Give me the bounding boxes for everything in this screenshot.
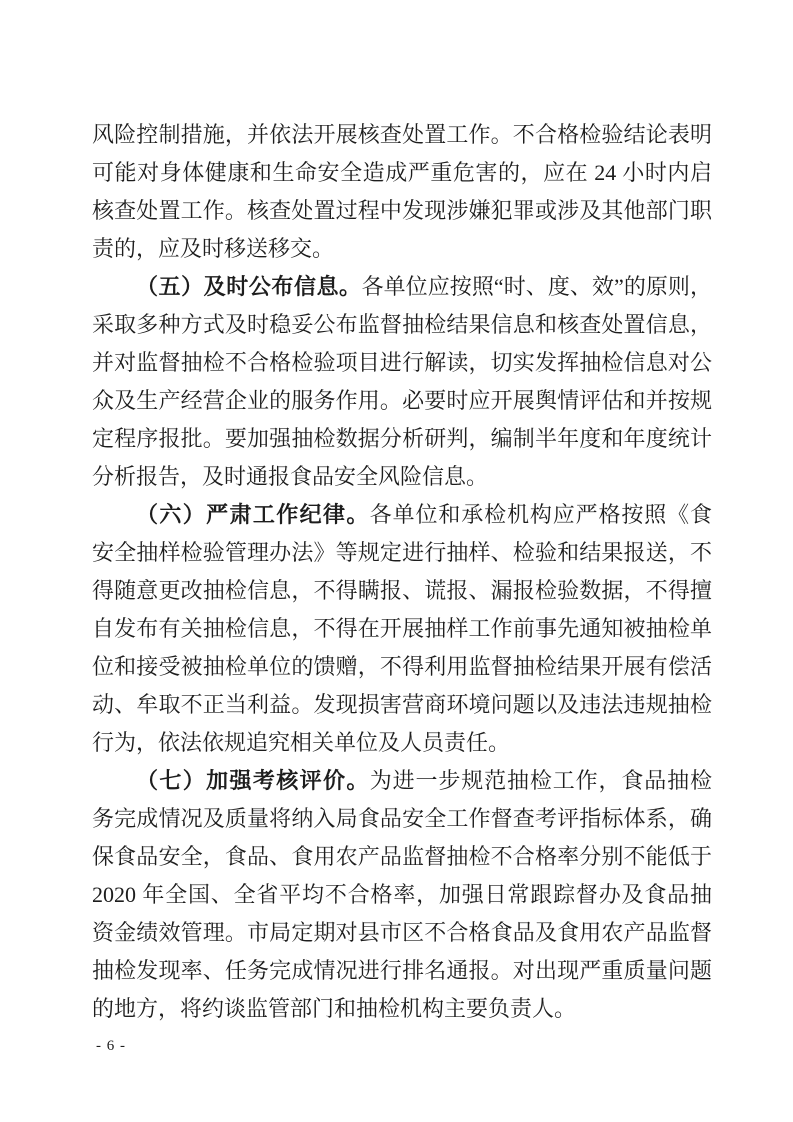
line-text: 行为，依法依规追究相关单位及人员责任。 bbox=[92, 730, 510, 755]
text-line: 自发布有关抽检信息，不得在开展抽样工作前事先通知被抽检单 bbox=[92, 610, 712, 648]
paragraph: （七）加强考核评价。为进一步规范抽检工作，食品抽检任务完成情况及质量将纳入局食品… bbox=[92, 762, 712, 1028]
text-line: 的地方，将约谈监管部门和抽检机构主要负责人。 bbox=[92, 990, 712, 1028]
text-line: 定程序报批。要加强抽检数据分析研判，编制半年度和年度统计 bbox=[92, 420, 712, 458]
line-text: 众及生产经营企业的服务作用。必要时应开展舆情评估和并按规 bbox=[92, 388, 712, 413]
section-heading: （七）加强考核评价。 bbox=[136, 768, 370, 793]
text-line: 资金绩效管理。市局定期对县市区不合格食品及食用农产品监督 bbox=[92, 914, 712, 952]
text-line: 抽检发现率、任务完成情况进行排名通报。对出现严重质量问题 bbox=[92, 952, 712, 990]
text-line: 得随意更改抽检信息，不得瞒报、谎报、漏报检验数据，不得擅 bbox=[92, 572, 712, 610]
text-line: 并对监督抽检不合格检验项目进行解读，切实发挥抽检信息对公 bbox=[92, 344, 712, 382]
line-text: 风险控制措施，并依法开展核查处置工作。不合格检验结论表明 bbox=[92, 122, 712, 147]
text-line: 分析报告，及时通报食品安全风险信息。 bbox=[92, 458, 712, 496]
page-number: - 6 - bbox=[96, 1036, 126, 1056]
line-text: 核查处置工作。核查处置过程中发现涉嫌犯罪或涉及其他部门职 bbox=[92, 198, 712, 223]
section-heading: （六）严肃工作纪律。 bbox=[136, 502, 370, 527]
text-line: 责的，应及时移送移交。 bbox=[92, 230, 712, 268]
document-body: 风险控制措施，并依法开展核查处置工作。不合格检验结论表明可能对身体健康和生命安全… bbox=[92, 116, 712, 1028]
line-text: 定程序报批。要加强抽检数据分析研判，编制半年度和年度统计 bbox=[92, 426, 712, 451]
paragraph: （六）严肃工作纪律。各单位和承检机构应严格按照《食品安全抽样检验管理办法》等规定… bbox=[92, 496, 712, 762]
text-line: 动、牟取不正当利益。发现损害营商环境问题以及违法违规抽检 bbox=[92, 686, 712, 724]
text-line: 位和接受被抽检单位的馈赠，不得利用监督抽检结果开展有偿活 bbox=[92, 648, 712, 686]
text-line: 可能对身体健康和生命安全造成严重危害的，应在 24 小时内启动 bbox=[92, 154, 712, 192]
line-text: 位和接受被抽检单位的馈赠，不得利用监督抽检结果开展有偿活 bbox=[92, 654, 712, 679]
text-line: 行为，依法依规追究相关单位及人员责任。 bbox=[92, 724, 712, 762]
line-text: 保食品安全，食品、食用农产品监督抽检不合格率分别不能低于 bbox=[92, 844, 712, 869]
line-text: 2020 年全国、全省平均不合格率，加强日常跟踪督办及食品抽检 bbox=[92, 882, 712, 914]
text-line: （七）加强考核评价。为进一步规范抽检工作，食品抽检任 bbox=[92, 762, 712, 800]
text-line: （六）严肃工作纪律。各单位和承检机构应严格按照《食品 bbox=[92, 496, 712, 534]
text-line: 采取多种方式及时稳妥公布监督抽检结果信息和核查处置信息， bbox=[92, 306, 712, 344]
line-text: 责的，应及时移送移交。 bbox=[92, 236, 334, 261]
line-text: 各单位应按照“时、度、效”的原则， bbox=[362, 274, 712, 299]
line-text: 资金绩效管理。市局定期对县市区不合格食品及食用农产品监督 bbox=[92, 920, 712, 945]
text-line: 风险控制措施，并依法开展核查处置工作。不合格检验结论表明 bbox=[92, 116, 712, 154]
text-line: 众及生产经营企业的服务作用。必要时应开展舆情评估和并按规 bbox=[92, 382, 712, 420]
line-text: 采取多种方式及时稳妥公布监督抽检结果信息和核查处置信息， bbox=[92, 312, 712, 337]
line-text: 得随意更改抽检信息，不得瞒报、谎报、漏报检验数据，不得擅 bbox=[92, 578, 712, 603]
text-line: （五）及时公布信息。各单位应按照“时、度、效”的原则， bbox=[92, 268, 712, 306]
line-text: 务完成情况及质量将纳入局食品安全工作督查考评指标体系，确 bbox=[92, 806, 712, 831]
line-text: 动、牟取不正当利益。发现损害营商环境问题以及违法违规抽检 bbox=[92, 692, 712, 717]
line-text: 分析报告，及时通报食品安全风险信息。 bbox=[92, 464, 488, 489]
line-text: 并对监督抽检不合格检验项目进行解读，切实发挥抽检信息对公 bbox=[92, 350, 712, 375]
text-line: 安全抽样检验管理办法》等规定进行抽样、检验和结果报送，不 bbox=[92, 534, 712, 572]
document-page: { "document": { "footer": { "page_number… bbox=[0, 0, 793, 1122]
line-text: 抽检发现率、任务完成情况进行排名通报。对出现严重质量问题 bbox=[92, 958, 712, 983]
line-text: 自发布有关抽检信息，不得在开展抽样工作前事先通知被抽检单 bbox=[92, 616, 712, 641]
text-line: 保食品安全，食品、食用农产品监督抽检不合格率分别不能低于 bbox=[92, 838, 712, 876]
section-heading: （五）及时公布信息。 bbox=[136, 274, 362, 299]
line-text: 可能对身体健康和生命安全造成严重危害的，应在 24 小时内启动 bbox=[92, 160, 712, 192]
text-line: 2020 年全国、全省平均不合格率，加强日常跟踪督办及食品抽检 bbox=[92, 876, 712, 914]
line-text: 的地方，将约谈监管部门和抽检机构主要负责人。 bbox=[92, 996, 576, 1021]
paragraph: 风险控制措施，并依法开展核查处置工作。不合格检验结论表明可能对身体健康和生命安全… bbox=[92, 116, 712, 268]
paragraph: （五）及时公布信息。各单位应按照“时、度、效”的原则，采取多种方式及时稳妥公布监… bbox=[92, 268, 712, 496]
text-line: 务完成情况及质量将纳入局食品安全工作督查考评指标体系，确 bbox=[92, 800, 712, 838]
line-text: 安全抽样检验管理办法》等规定进行抽样、检验和结果报送，不 bbox=[92, 540, 712, 565]
text-line: 核查处置工作。核查处置过程中发现涉嫌犯罪或涉及其他部门职 bbox=[92, 192, 712, 230]
